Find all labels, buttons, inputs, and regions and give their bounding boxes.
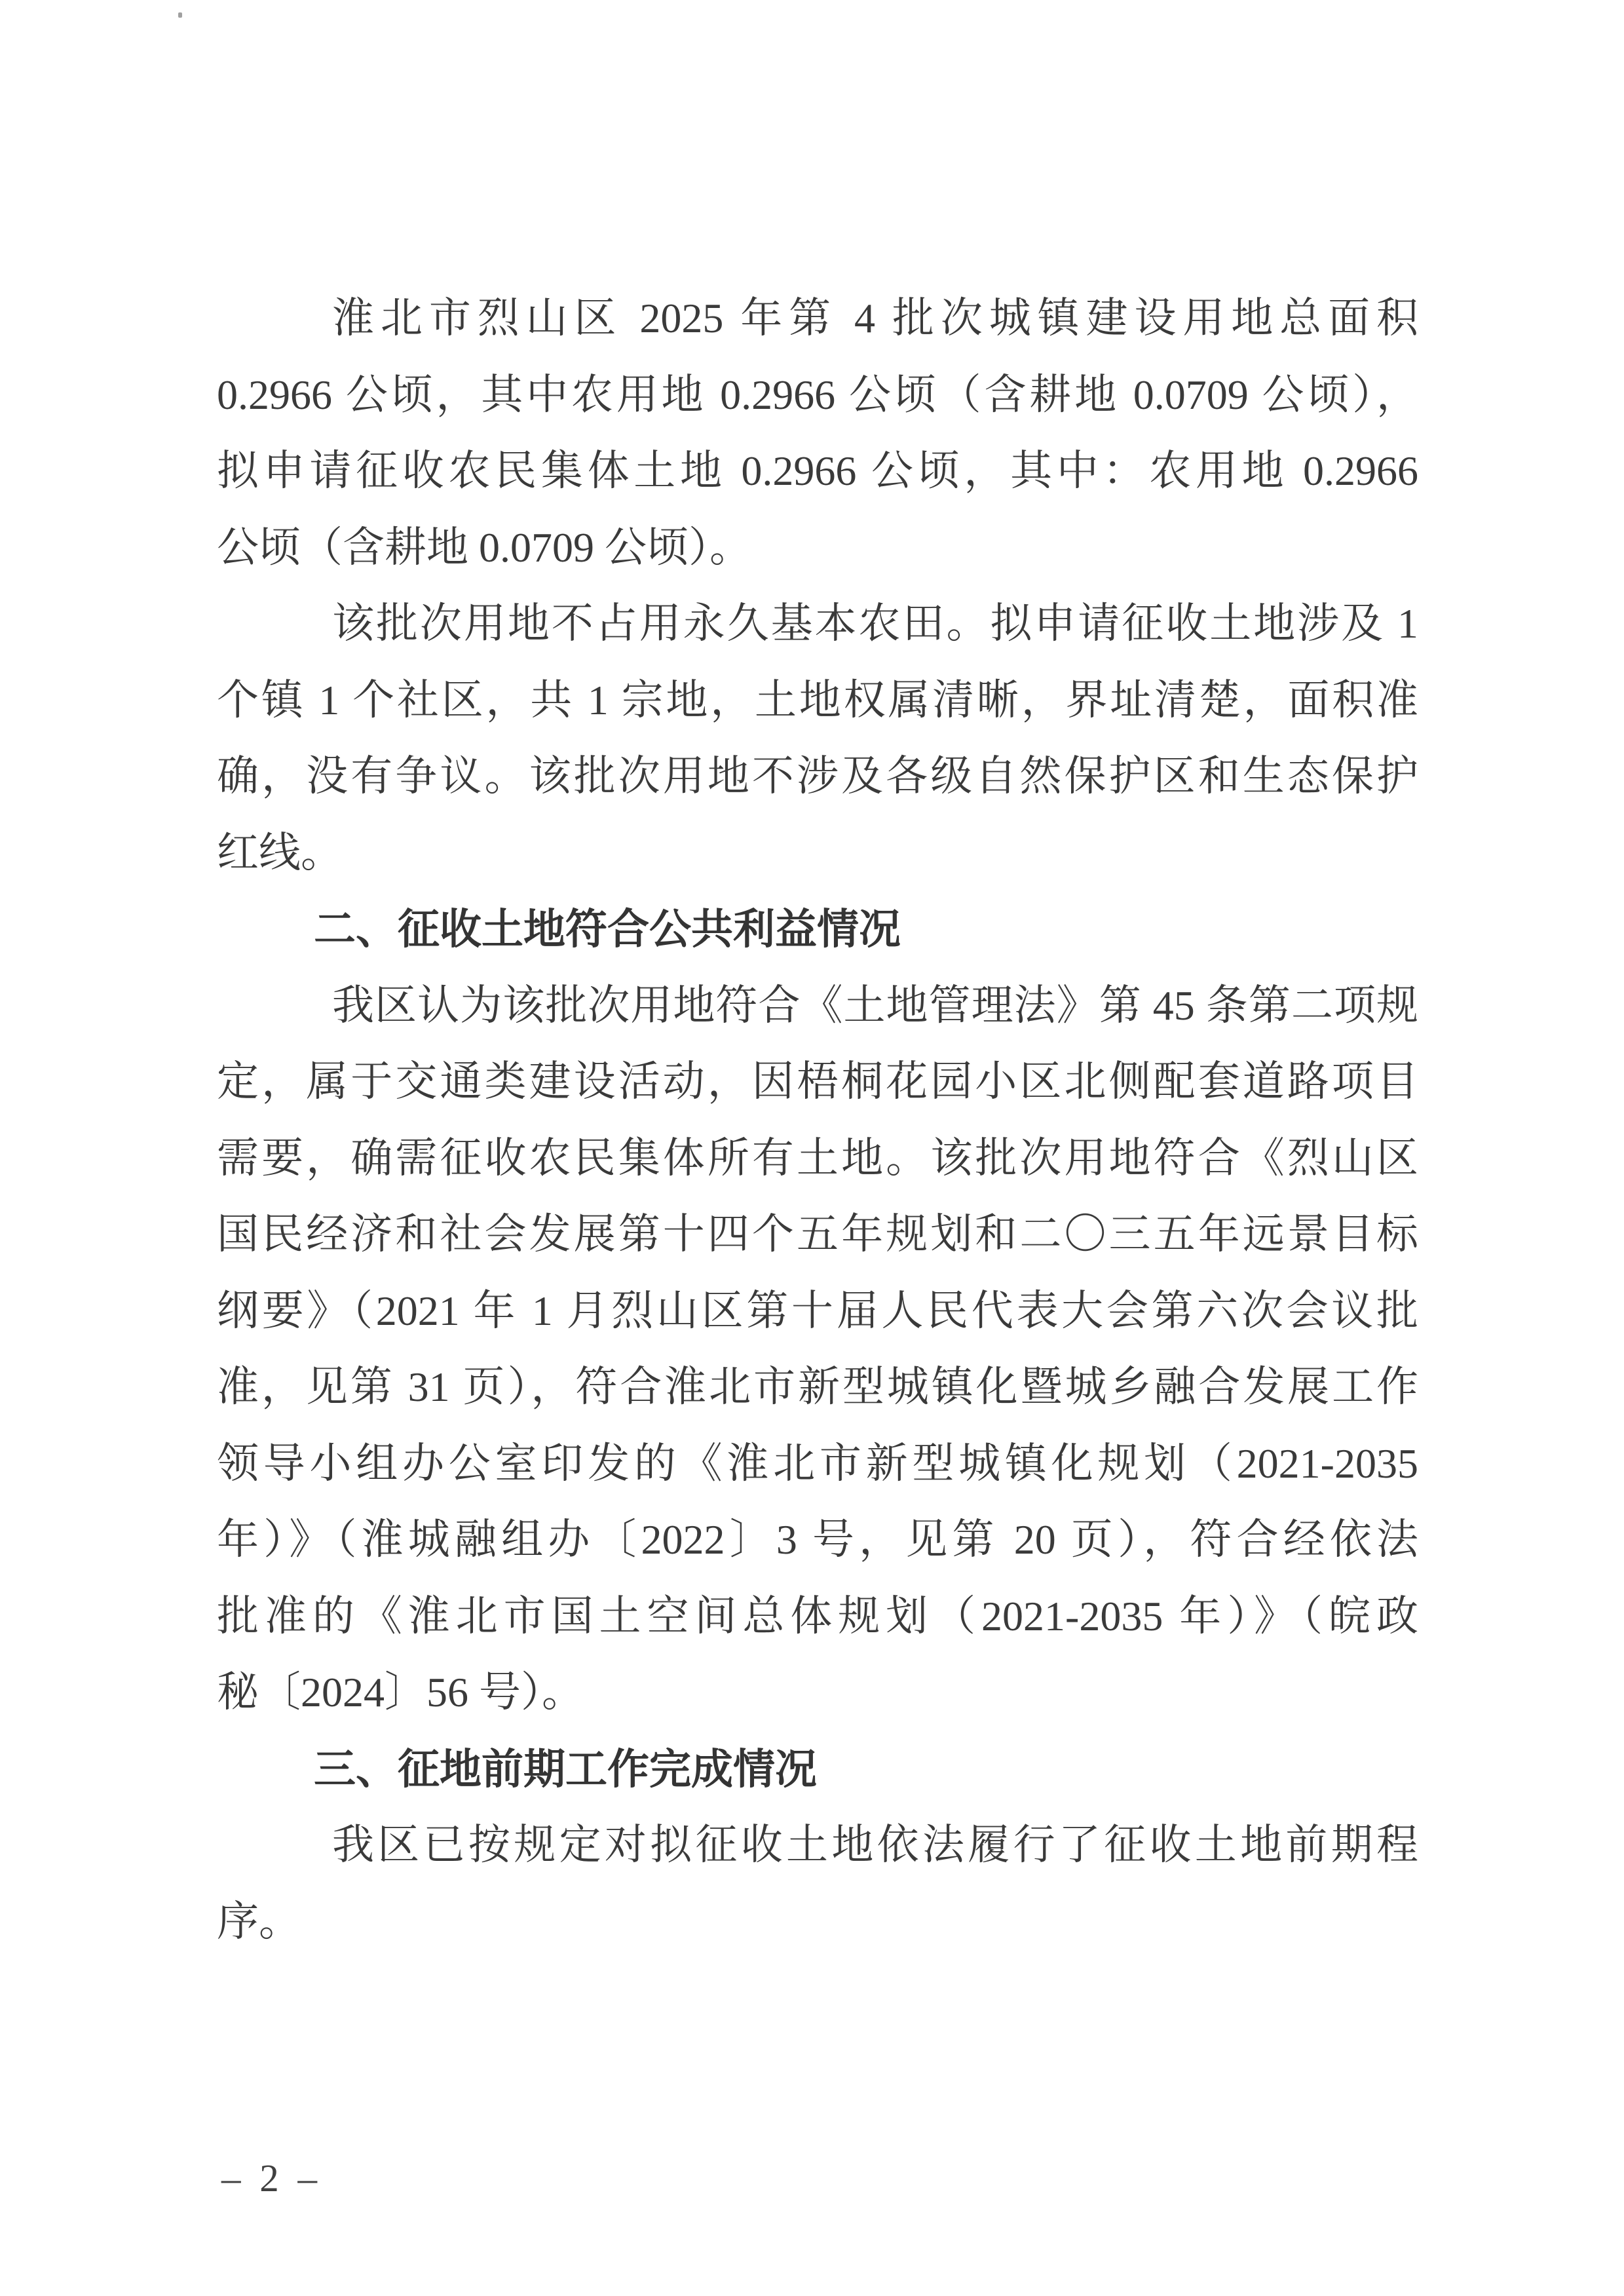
section-heading: 二、征收土地符合公共利益情况 bbox=[217, 891, 1418, 968]
scanned-document-page: 淮北市烈山区 2025 年第 4 批次城镇建设用地总面积 0.2966 公顷，其… bbox=[0, 0, 1624, 2296]
body-line: 红线。 bbox=[217, 815, 1418, 892]
body-line: 该批次用地不占用永久基本农田。拟申请征收土地涉及 1 bbox=[217, 586, 1418, 662]
body-line: 确，没有争议。该批次用地不涉及各级自然保护区和生态保护 bbox=[217, 738, 1418, 815]
scan-artifact-dot bbox=[178, 12, 182, 18]
body-line: 我区已按规定对拟征收土地依法履行了征收土地前期程 bbox=[217, 1807, 1418, 1884]
body-line: 批准的《淮北市国土空间总体规划（2021-2035 年）》（皖政 bbox=[217, 1578, 1418, 1655]
body-line: 定，属于交通类建设活动，因梧桐花园小区北侧配套道路项目 bbox=[217, 1044, 1418, 1120]
section-heading: 三、征地前期工作完成情况 bbox=[217, 1731, 1418, 1808]
body-line: 需要，确需征收农民集体所有土地。该批次用地符合《烈山区 bbox=[217, 1120, 1418, 1197]
body-line: 准，见第 31 页），符合淮北市新型城镇化暨城乡融合发展工作 bbox=[217, 1349, 1418, 1426]
body-line: 个镇 1 个社区，共 1 宗地，土地权属清晰，界址清楚，面积准 bbox=[217, 662, 1418, 739]
document-body: 淮北市烈山区 2025 年第 4 批次城镇建设用地总面积 0.2966 公顷，其… bbox=[217, 280, 1418, 1960]
body-line: 领导小组办公室印发的《淮北市新型城镇化规划（2021-2035 bbox=[217, 1426, 1418, 1502]
body-line: 我区认为该批次用地符合《土地管理法》第 45 条第二项规 bbox=[217, 968, 1418, 1044]
body-line: 纲要》（2021 年 1 月烈山区第十届人民代表大会第六次会议批 bbox=[217, 1273, 1418, 1350]
page-number: – 2 – bbox=[221, 2158, 317, 2198]
body-line: 拟申请征收农民集体土地 0.2966 公顷，其中：农用地 0.2966 bbox=[217, 433, 1418, 510]
body-line: 0.2966 公顷，其中农用地 0.2966 公顷（含耕地 0.0709 公顷）… bbox=[217, 357, 1418, 434]
body-line: 序。 bbox=[217, 1884, 1418, 1961]
body-line: 年）》（淮城融组办〔2022〕3 号，见第 20 页），符合经依法 bbox=[217, 1502, 1418, 1578]
body-line: 秘〔2024〕56 号）。 bbox=[217, 1655, 1418, 1731]
body-line: 公顷（含耕地 0.0709 公顷）。 bbox=[217, 510, 1418, 586]
body-line: 淮北市烈山区 2025 年第 4 批次城镇建设用地总面积 bbox=[217, 280, 1418, 357]
body-line: 国民经济和社会发展第十四个五年规划和二〇三五年远景目标 bbox=[217, 1196, 1418, 1273]
